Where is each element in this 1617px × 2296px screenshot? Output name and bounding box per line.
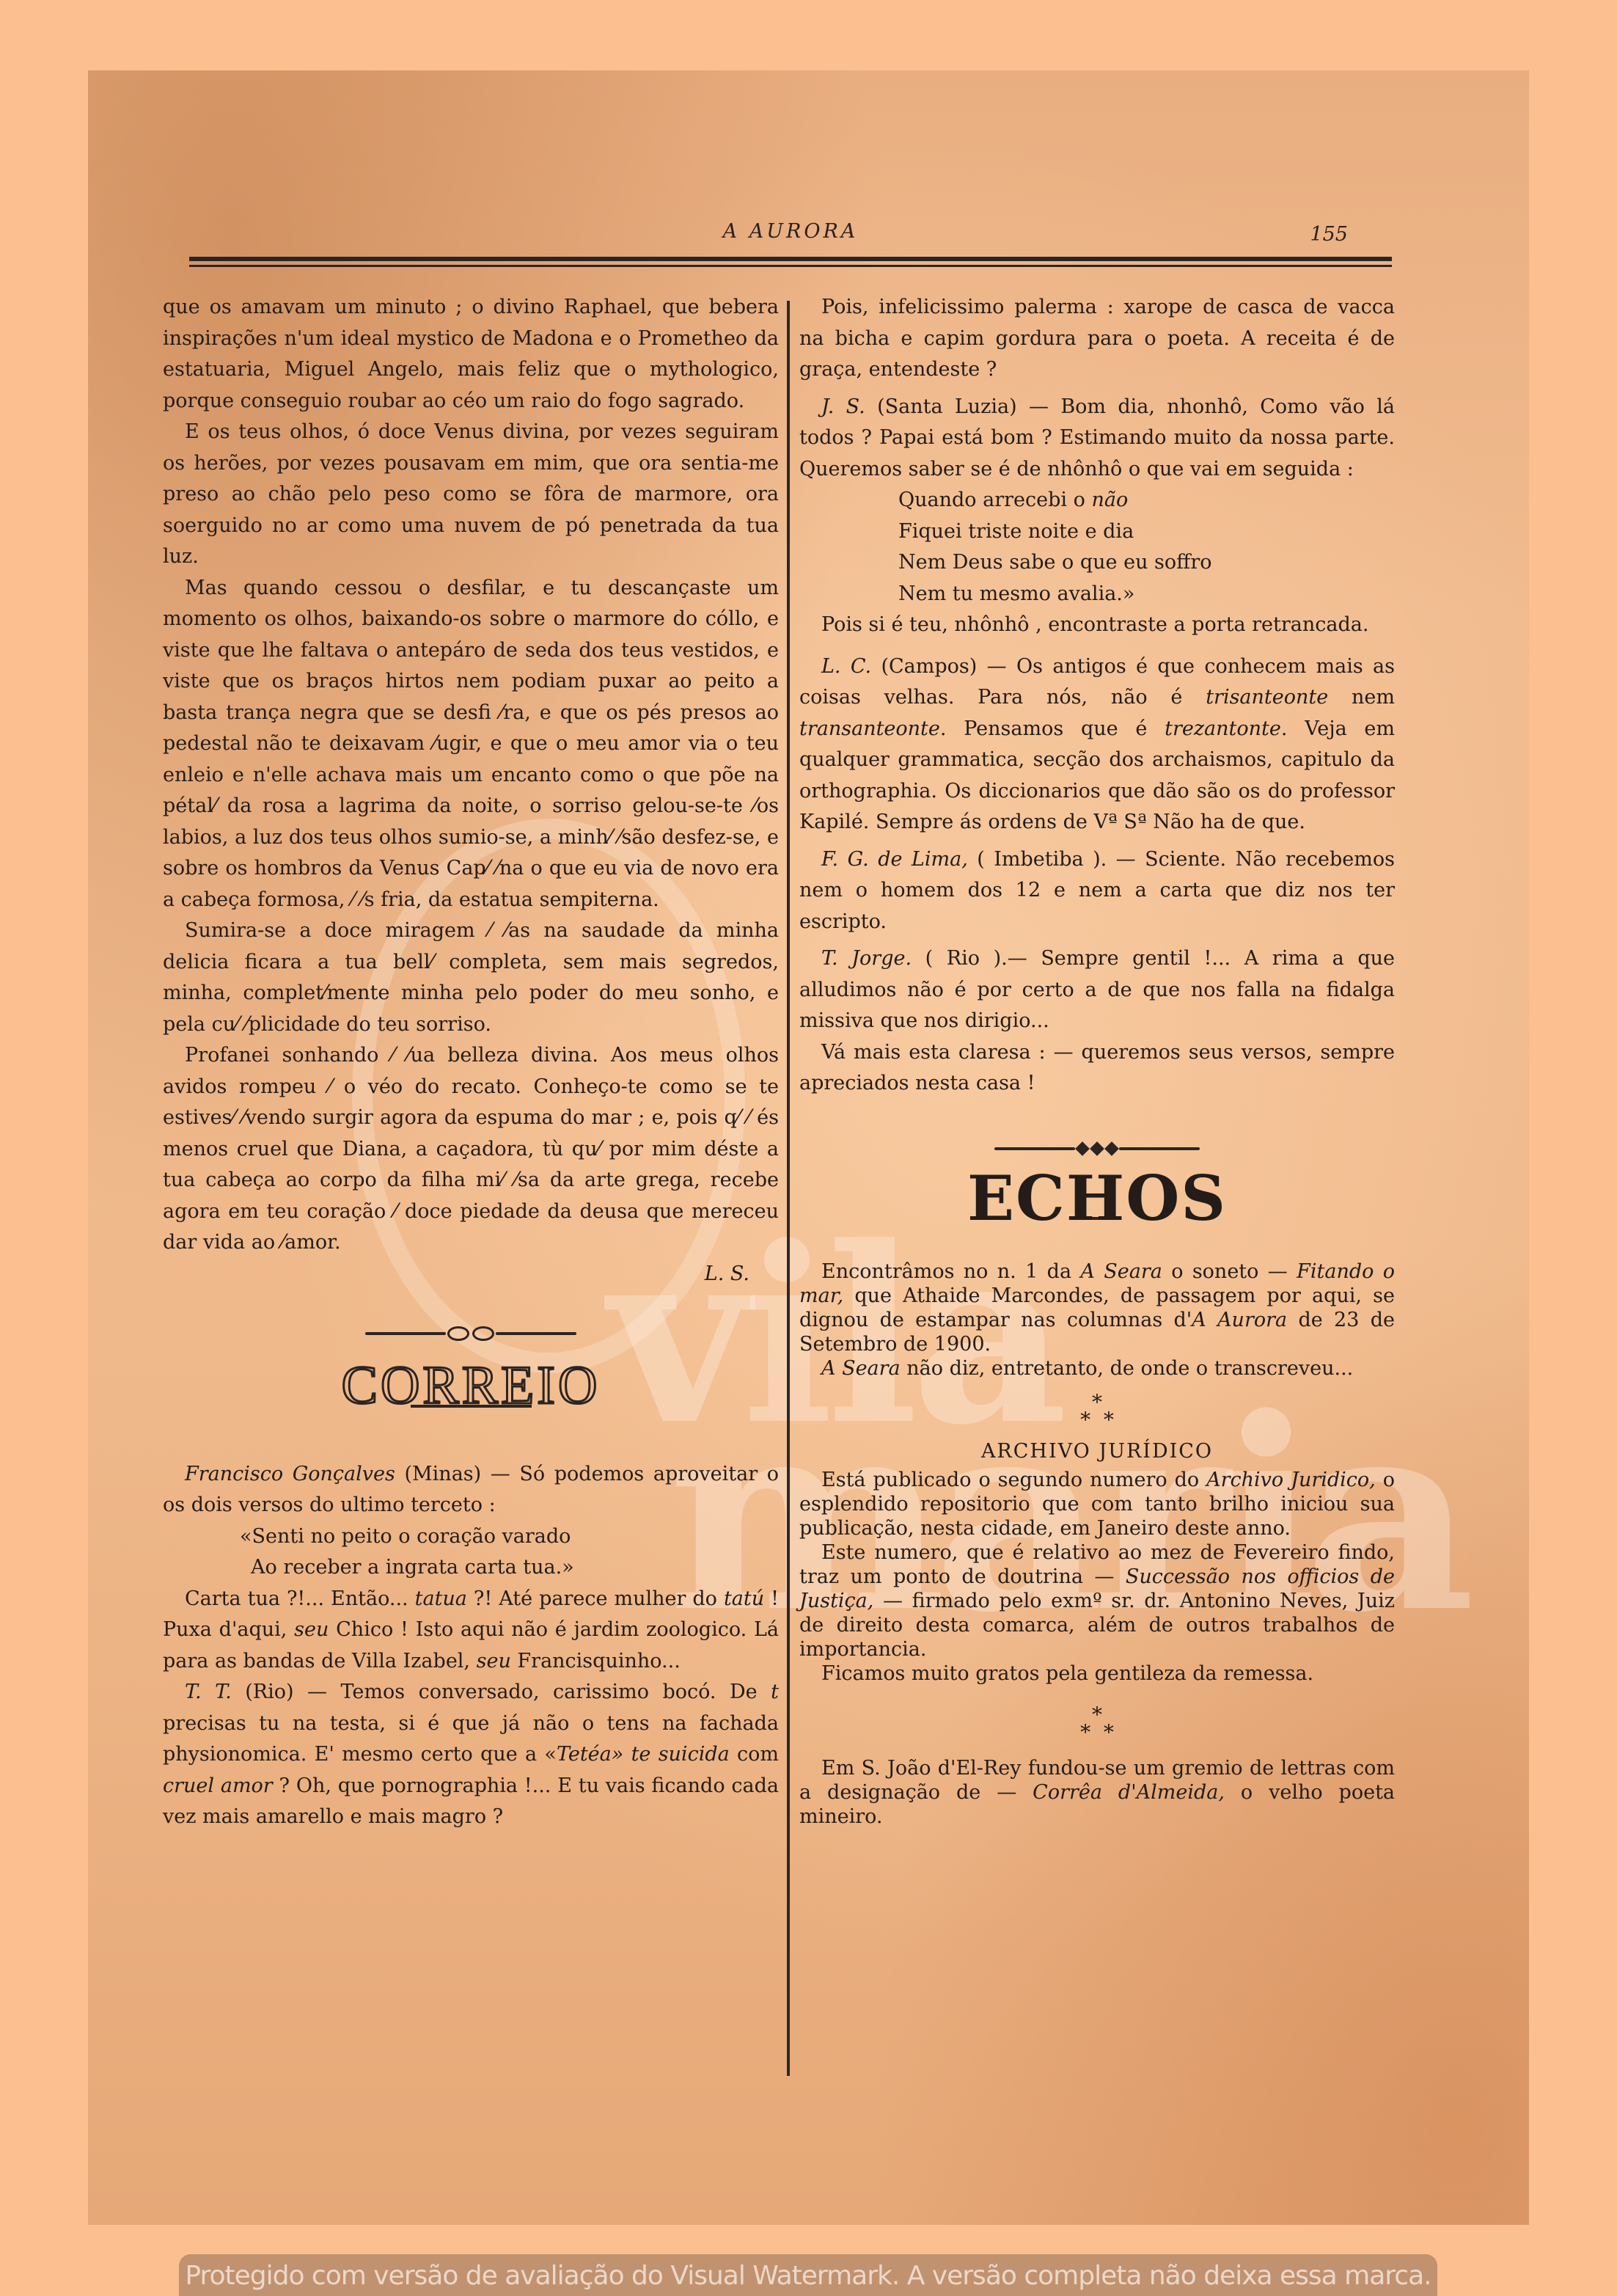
echos-paragraph: Em S. João d'El-Rey fundou-se um gremio … [799, 1756, 1395, 1829]
watermark-banner: Protegido com versão de avaliação do Vis… [179, 2254, 1437, 2296]
correio-entry: J. S. (Santa Luzia) — Bom dia, nhonhô, C… [799, 392, 1395, 486]
correio-paragraph: Pois, infelicissimo palerma : xarope de … [799, 292, 1395, 386]
author-signature: L. S. [163, 1259, 779, 1290]
column-divider [787, 301, 790, 2076]
verse-line: Nem tu mesmo avalia.» [799, 579, 1395, 610]
echos-section: Encontrâmos no n. 1 da A Seara o soneto … [799, 1259, 1395, 1829]
correspondent-name: F. G. de Lima, [821, 848, 968, 871]
correio-reply: Vá mais esta claresa : — queremos seus v… [799, 1037, 1395, 1100]
essay-paragraph: E os teus olhos, ó doce Venus divina, po… [163, 417, 779, 573]
correspondent-name: T. Jorge. [821, 947, 912, 970]
page-header: A AURORA 155 [189, 220, 1392, 242]
echos-paragraph: Está publicado o segundo numero do Archi… [799, 1468, 1395, 1540]
correio-entry: T. T. (Rio) — Temos conversado, carissim… [163, 1677, 779, 1833]
ornament-divider [799, 1144, 1395, 1154]
echos-paragraph: Encontrâmos no n. 1 da A Seara o soneto … [799, 1259, 1395, 1356]
correspondent-name: Francisco Gonçalves [185, 1463, 395, 1485]
section-title-echos: ECHOS [799, 1183, 1395, 1215]
correspondent-name: J. S. [821, 395, 865, 418]
correio-reply: Carta tua ?!... Então... tatua ?! Até pa… [163, 1584, 779, 1678]
ornament-divider [163, 1326, 779, 1341]
verse-line: Quando arrecebi o não [799, 485, 1395, 516]
essay-paragraph: Profanei sonhando ⁄ ⁄ua belleza divina. … [163, 1040, 779, 1259]
echos-paragraph: Este numero, que é relativo ao mez de Fe… [799, 1540, 1395, 1661]
correio-entry: Francisco Gonçalves (Minas) — Só podemos… [163, 1459, 779, 1521]
correio-entry: T. Jorge. ( Rio ).— Sempre gentil !... A… [799, 943, 1395, 1037]
right-column: Pois, infelicissimo palerma : xarope de … [799, 292, 1395, 1829]
verse-line: Ao receber a ingrata carta tua.» [163, 1552, 779, 1584]
correio-entry: F. G. de Lima, ( Imbetiba ). — Sciente. … [799, 844, 1395, 938]
correio-entry: L. C. (Campos) — Os antigos é que conhec… [799, 651, 1395, 838]
correspondent-name: L. C. [821, 655, 871, 678]
echos-paragraph: Ficamos muito gratos pela gentileza da r… [799, 1661, 1395, 1686]
page-number: 155 [1310, 223, 1348, 246]
verse-line: Fiquei triste noite e dia [799, 516, 1395, 548]
echos-paragraph: A Seara não diz, entretanto, de onde o t… [799, 1356, 1395, 1381]
asterism-divider: ** * [799, 1394, 1395, 1429]
essay-paragraph: Mas quando cessou o desfilar, e tu desca… [163, 573, 779, 916]
verse-line: Nem Deus sabe o que eu soffro [799, 547, 1395, 579]
header-double-rule [189, 257, 1392, 267]
essay-paragraph: Sumira-se a doce miragem ⁄ ⁄as na saudad… [163, 915, 779, 1040]
publication-title: A AURORA [189, 220, 1392, 243]
section-title-correio: CORREIO [163, 1370, 779, 1402]
verse-line: «Senti no peito o coração varado [163, 1521, 779, 1553]
left-column: que os amavam um minuto ; o divino Rapha… [163, 292, 779, 1833]
subsection-title: ARCHIVO JURÍDICO [799, 1439, 1395, 1463]
essay-paragraph: que os amavam um minuto ; o divino Rapha… [163, 292, 779, 417]
correio-reply: Pois si é teu, nhônhô , encontraste a po… [799, 610, 1395, 641]
asterism-divider: ** * [799, 1706, 1395, 1741]
correspondent-name: T. T. [185, 1681, 232, 1703]
